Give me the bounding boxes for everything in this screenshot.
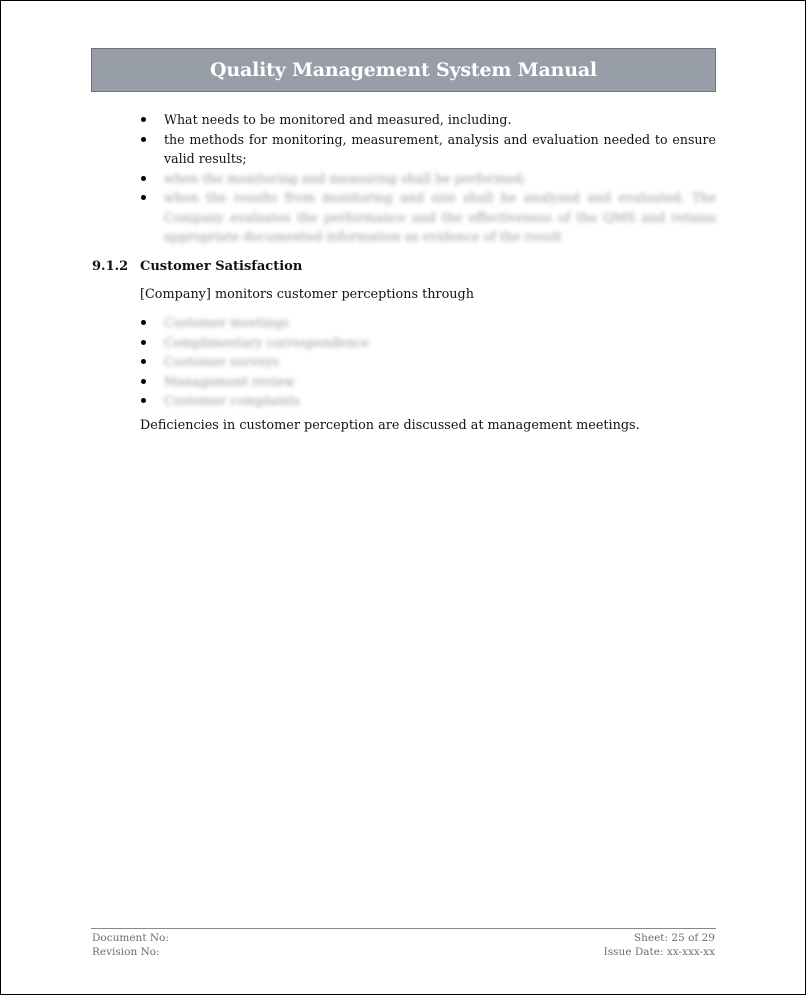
footer-left: Document No: Revision No: [92, 931, 169, 959]
revision-number-label: Revision No: [92, 945, 169, 959]
list-item: Customer complaints [140, 391, 540, 411]
bullet-icon [141, 137, 146, 142]
bullet-icon [141, 195, 146, 200]
list-item-text-blurred: Management review [164, 374, 295, 389]
bullet-icon [141, 117, 146, 122]
list-item: the methods for monitoring, measurement,… [140, 130, 716, 169]
bullet-icon [141, 379, 146, 384]
bullet-icon [141, 320, 146, 325]
list-item-text-blurred: Customer meetings [164, 315, 289, 330]
list-item: What needs to be monitored and measured,… [140, 110, 716, 130]
list-item: Complimentary correspondence [140, 333, 540, 353]
list-item: when the results from monitoring and siz… [140, 188, 716, 247]
document-title: Quality Management System Manual [210, 59, 597, 81]
monitoring-requirements-list: What needs to be monitored and measured,… [140, 110, 716, 247]
list-item-text: the methods for monitoring, measurement,… [164, 132, 716, 167]
list-item-text-blurred: when the results from monitoring and siz… [164, 190, 716, 244]
bullet-icon [141, 398, 146, 403]
list-item: Customer meetings [140, 313, 540, 333]
customer-perception-list: Customer meetings Complimentary correspo… [140, 313, 540, 411]
document-page: Quality Management System Manual What ne… [0, 0, 806, 995]
section-title: Customer Satisfaction [140, 259, 302, 274]
list-item: when the monitoring and measuring shall … [140, 169, 716, 189]
list-item-text-blurred: when the monitoring and measuring shall … [164, 171, 526, 186]
intro-paragraph: [Company] monitors customer perceptions … [140, 286, 474, 304]
bullet-icon [141, 359, 146, 364]
footer-divider [91, 928, 716, 929]
list-item-text-blurred: Complimentary correspondence [164, 335, 369, 350]
list-item: Management review [140, 372, 540, 392]
document-number-label: Document No: [92, 931, 169, 945]
closing-paragraph: Deficiencies in customer perception are … [140, 417, 640, 435]
sheet-number: Sheet: 25 of 29 [604, 931, 715, 945]
document-title-bar: Quality Management System Manual [91, 48, 716, 92]
list-item-text-blurred: Customer complaints [164, 393, 300, 408]
list-item-text: What needs to be monitored and measured,… [164, 112, 511, 127]
list-item-text-blurred: Customer surveys [164, 354, 279, 369]
section-number: 9.1.2 [92, 259, 140, 274]
issue-date: Issue Date: xx-xxx-xx [604, 945, 715, 959]
section-heading: 9.1.2 Customer Satisfaction [92, 259, 302, 274]
bullet-icon [141, 176, 146, 181]
list-item: Customer surveys [140, 352, 540, 372]
bullet-icon [141, 340, 146, 345]
footer-right: Sheet: 25 of 29 Issue Date: xx-xxx-xx [604, 931, 715, 959]
